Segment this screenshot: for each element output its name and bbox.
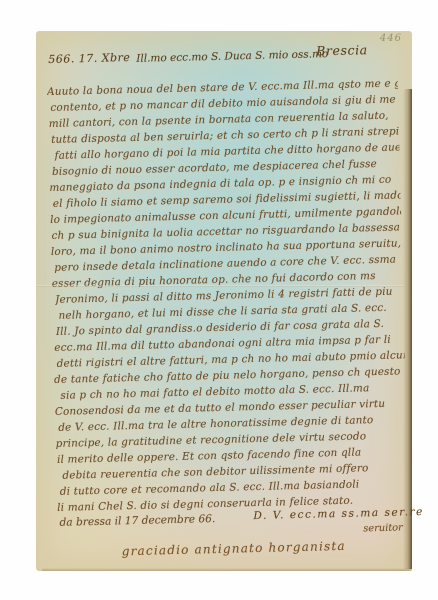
letter-header: 566. 17. Xbre Ill.mo ecc.mo S. Duca S. m…: [46, 40, 398, 79]
letter-page: 446 566. 17. Xbre Ill.mo ecc.mo S. Duca …: [36, 31, 412, 571]
salutation: Ill.mo ecc.mo S. Duca S. mio oss.mo: [136, 48, 328, 65]
letter-body: Auuto la bona noua del ben stare de V. e…: [47, 75, 408, 515]
closing-dateline: da bressa il 17 decembre 66.: [59, 513, 215, 529]
letter-content: 566. 17. Xbre Ill.mo ecc.mo S. Duca S. m…: [46, 40, 410, 564]
paper-bottom-edge: [42, 568, 412, 571]
paper-right-edge: [403, 89, 412, 569]
date-heading: 566. 17. Xbre: [48, 51, 130, 66]
paper-crease: [36, 285, 404, 287]
place-name: Brescia: [316, 42, 368, 58]
letter-scan: 446 566. 17. Xbre Ill.mo ecc.mo S. Duca …: [0, 0, 438, 600]
signature: graciadio antignato horganista: [58, 537, 409, 560]
